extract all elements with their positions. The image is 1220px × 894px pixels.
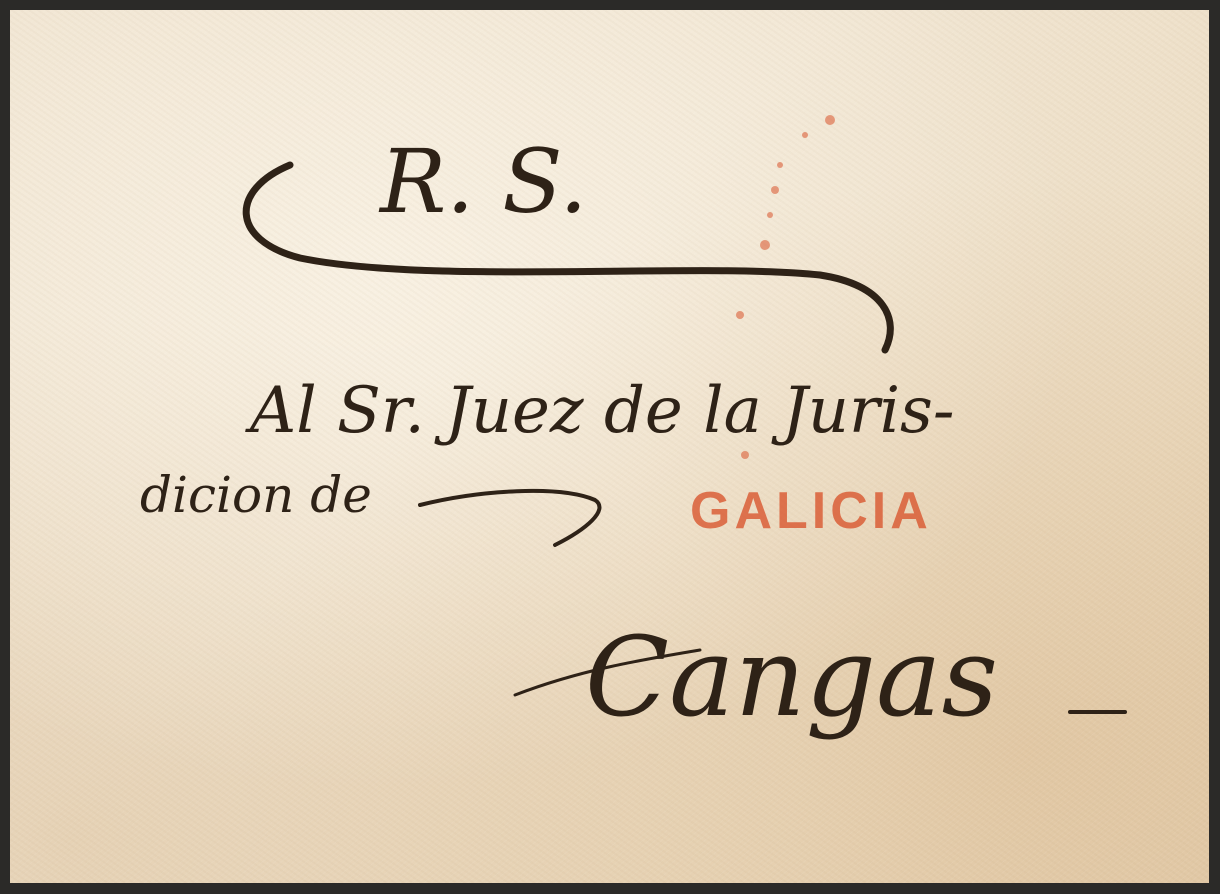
handwriting-addressee-line2: dicion de (140, 466, 372, 524)
handwriting-addressee-line1: Al Sr. Juez de la Juris- (245, 374, 955, 448)
ink-underline-flourish (420, 491, 599, 545)
letter-ink-layer: R. S. Al Sr. Juez de la Juris- dicion de… (0, 0, 1220, 894)
handwriting-destination: Cangas (585, 613, 998, 741)
handwriting-rs: R. S. (378, 130, 587, 233)
galicia-postmark: GALICIA (690, 482, 932, 540)
